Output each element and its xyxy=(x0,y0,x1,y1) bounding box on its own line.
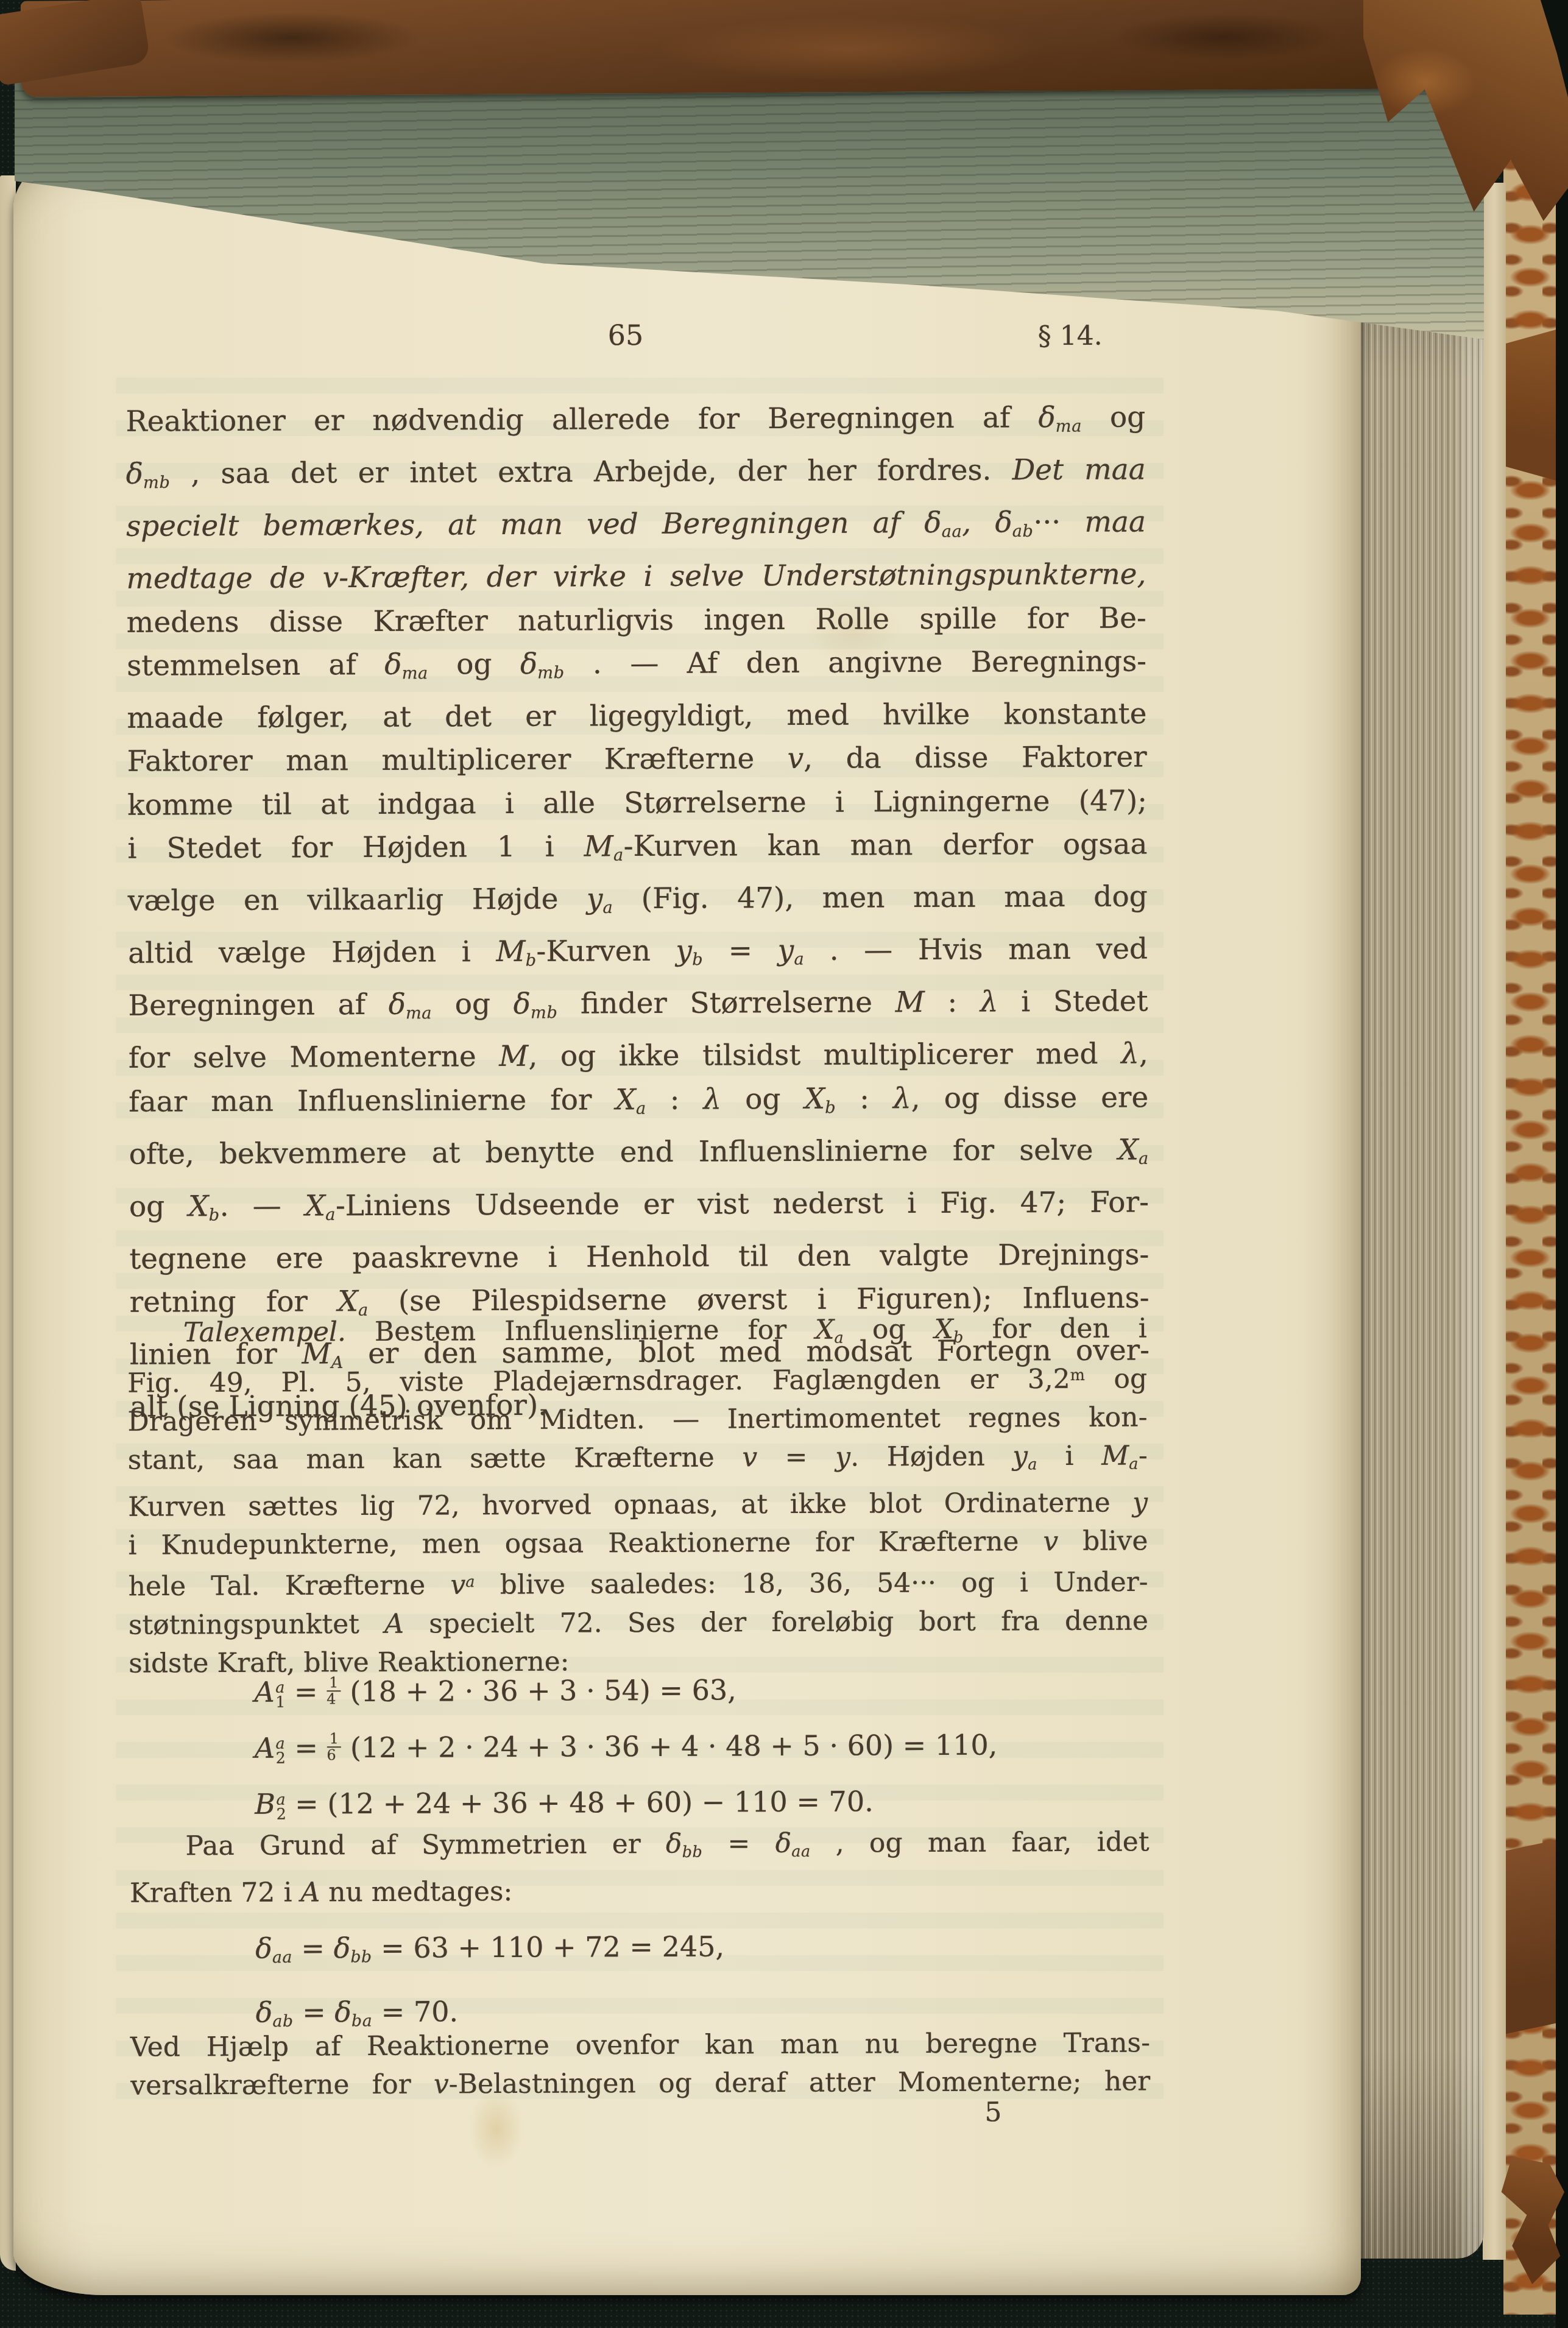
page-number: 65 xyxy=(608,319,644,351)
text-line: komme til at indgaa i alle Størrelserne … xyxy=(127,779,1147,827)
text-line: Reaktioner er nødvendig allerede for Ber… xyxy=(125,395,1145,452)
text-line: stant, saa man kan sætte Kræfterne v = y… xyxy=(128,1436,1148,1487)
paragraph-closing: Ved Hjælp af Reaktionerne ovenfor kan ma… xyxy=(130,2023,1151,2104)
stacked-scripts: a2 xyxy=(276,1792,286,1821)
text-line: maade følger, at det er ligegyldigt, med… xyxy=(127,692,1146,740)
text-line: tegnene ere paaskrevne i Henhold til den… xyxy=(129,1233,1149,1281)
text-line: vælge en vilkaarlig Højde ya (Fig. 47), … xyxy=(128,875,1148,932)
stacked-scripts: a1 xyxy=(275,1680,285,1709)
text-line: Drageren symmetrisk om Midten. — Inertim… xyxy=(127,1398,1147,1441)
text-line: Aa1 = 14 (18 + 2 · 36 + 3 · 54) = 63, xyxy=(254,1660,1204,1720)
fraction: 16 xyxy=(327,1731,341,1763)
text-line: specielt bemærkes, at man ved Beregninge… xyxy=(126,500,1146,557)
text-line: ofte, bekvemmere at benytte end Influens… xyxy=(129,1128,1148,1185)
text-line: medtage de v-Kræfter, der virke i selve … xyxy=(126,552,1146,601)
text-line: i Stedet for Højden 1 i Ma-Kurven kan ma… xyxy=(127,823,1147,880)
stacked-scripts: a2 xyxy=(276,1736,286,1765)
text-line: Talexempel. Bestem Influenslinierne for … xyxy=(127,1309,1147,1360)
text-line: og Xb. — Xa-Liniens Udseende er vist ned… xyxy=(129,1180,1149,1237)
fraction: 14 xyxy=(327,1675,341,1707)
text-line: Kraften 72 i A nu medtages: xyxy=(130,1870,1150,1913)
text-line: Paa Grund af Symmetrien er δbb = δaa , o… xyxy=(129,1822,1149,1874)
signature-mark: 5 xyxy=(984,2097,1001,2128)
text-line: for selve Momenterne M, og ikke tilsidst… xyxy=(129,1032,1148,1081)
text-line: Aa2 = 16 (12 + 2 · 24 + 3 · 36 + 4 · 48 … xyxy=(255,1716,1205,1776)
text-line: i Knudepunkterne, men ogsaa Reaktionerne… xyxy=(128,1522,1148,1564)
text-line: støtningspunktet A specielt 72. Ses der … xyxy=(129,1601,1148,1644)
text-line: Faktorer man multiplicerer Kræfterne v, … xyxy=(127,736,1147,784)
text-line: medens disse Kræfter naturligvis ingen R… xyxy=(127,596,1146,644)
text-line: faar man Influenslinierne for Xa : λ og … xyxy=(129,1076,1148,1132)
paragraph-symmetry: Paa Grund af Symmetrien er δbb = δaa , o… xyxy=(129,1822,1150,1912)
text-line: altid vælge Højden i Mb-Kurven yb = ya .… xyxy=(128,928,1148,984)
text-line: Ved Hjælp af Reaktionerne ovenfor kan ma… xyxy=(130,2023,1150,2066)
equation-block-reactions: Aa1 = 14 (18 + 2 · 36 + 3 · 54) = 63,Aa2… xyxy=(254,1660,1205,1832)
text-line: δaa = δbb = 63 + 110 + 72 = 245, xyxy=(255,1917,1206,1985)
text-line: Fig. 49, Pl. 5, viste Pladejærnsdrager. … xyxy=(127,1356,1147,1403)
text-line: hele Tal. Kræfterne va blive saaledes: 1… xyxy=(129,1560,1148,1606)
section-mark: § 14. xyxy=(1038,320,1103,351)
text-line: Beregningen af δma og δmb finder Størrel… xyxy=(128,980,1148,1037)
paragraph-talexempel: Talexempel. Bestem Influenslinierne for … xyxy=(127,1309,1149,1682)
page-content: 65 § 14. Reaktioner er nødvendig allered… xyxy=(0,0,1568,2328)
text-line: stemmelsen af δma og δmb . — Af den angi… xyxy=(127,640,1146,696)
text-line: δmb , saa det er intet extra Arbejde, de… xyxy=(126,448,1146,504)
paragraph-main: Reaktioner er nødvendig allerede for Ber… xyxy=(125,395,1150,1429)
text-line: Kurven sættes lig 72, hvorved opnaas, at… xyxy=(128,1483,1148,1526)
